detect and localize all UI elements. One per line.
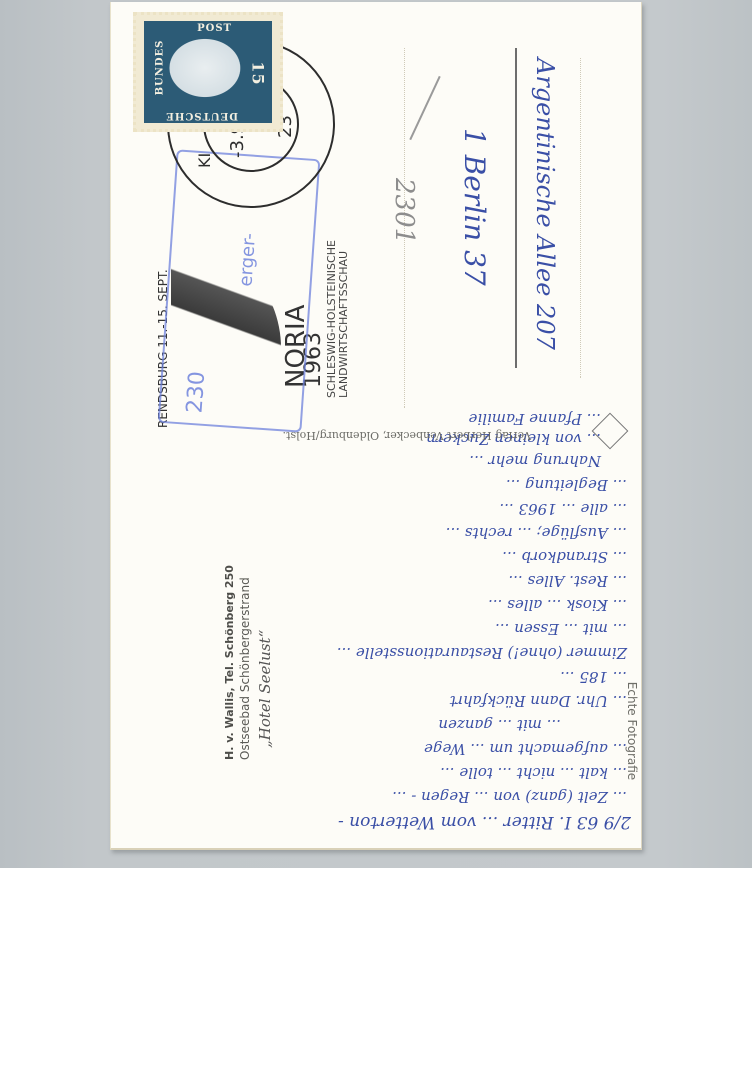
stamp-value: 15	[248, 61, 267, 85]
rubber-stamp-number: 230	[182, 370, 210, 414]
hotel-name: „Hotel Seelust“	[256, 630, 274, 748]
message-line: ... kalt ... nicht ... tolle ...	[440, 764, 627, 782]
stamp-label-post: POST	[197, 23, 232, 34]
postcard-content-rotated: 2/9 63 I. Ritter ... vom Wetterton - ...…	[111, 2, 641, 848]
noria-subtitle-2: LANDWIRTSCHAFTSSCHAU	[337, 251, 350, 398]
message-line: ... Kiosk ... alles ...	[488, 596, 627, 614]
message-line: ... Uhr. Dann Rückfahrt	[450, 692, 627, 710]
address-underline	[515, 48, 517, 368]
photo-type-label: Echte Fotografie	[625, 682, 639, 780]
message-line: ... Pfanne Familie	[469, 410, 601, 428]
message-line: ... mit ... Essen ...	[495, 620, 627, 638]
message-line: Nahrung mehr ...	[469, 452, 601, 470]
address-line-2: Argentinische Allee 207	[531, 58, 559, 350]
pencil-slash	[409, 76, 440, 140]
message-line: ... Strandkorb ...	[502, 548, 627, 566]
hotel-owner: H. v. Wallis, Tel. Schönberg 250	[223, 565, 236, 760]
publisher-imprint: Verlag Herbert Venbecker, Oldenburg/Hols…	[283, 429, 531, 442]
stamp-frame: POST DEUTSCHE BUNDES 15	[144, 21, 272, 123]
message-line: Zimmer (ohne!) Restaurationsstelle ...	[337, 644, 627, 662]
postage-stamp: POST DEUTSCHE BUNDES 15	[133, 12, 283, 132]
message-line: ... Zelt (ganz) von ... Regen - ...	[392, 788, 627, 806]
message-line: ... 185 ...	[560, 668, 627, 686]
stamp-label-bundes: BUNDES	[154, 40, 165, 96]
hotel-location: Ostseebad Schönbergerstrand	[238, 577, 252, 760]
message-line: ... Ausflüge; ... rechts ...	[446, 524, 627, 542]
pencil-note: 2301	[389, 178, 419, 244]
message-line: ... alle ... 1963 ...	[499, 500, 627, 518]
address-line-1: 1 Berlin 37	[458, 128, 491, 286]
message-line: ... Begleitung ...	[506, 476, 627, 494]
message-line: ... mit ... ganzen	[438, 716, 561, 734]
portrait-icon	[168, 31, 250, 105]
message-line: ... Rest. Alles ...	[508, 572, 627, 590]
postcard-back: 2/9 63 I. Ritter ... vom Wetterton - ...…	[110, 2, 642, 850]
message-line: 2/9 63 I. Ritter ... vom Wetterton -	[338, 812, 631, 832]
postmark-city: KI	[195, 153, 214, 168]
rubber-stamp-text: erger-	[235, 232, 260, 287]
message-line: ... aufgemacht um ... Wege	[424, 740, 627, 758]
address-guide-dotted	[580, 58, 581, 378]
stamp-label-deutsche: DEUTSCHE	[165, 110, 238, 121]
